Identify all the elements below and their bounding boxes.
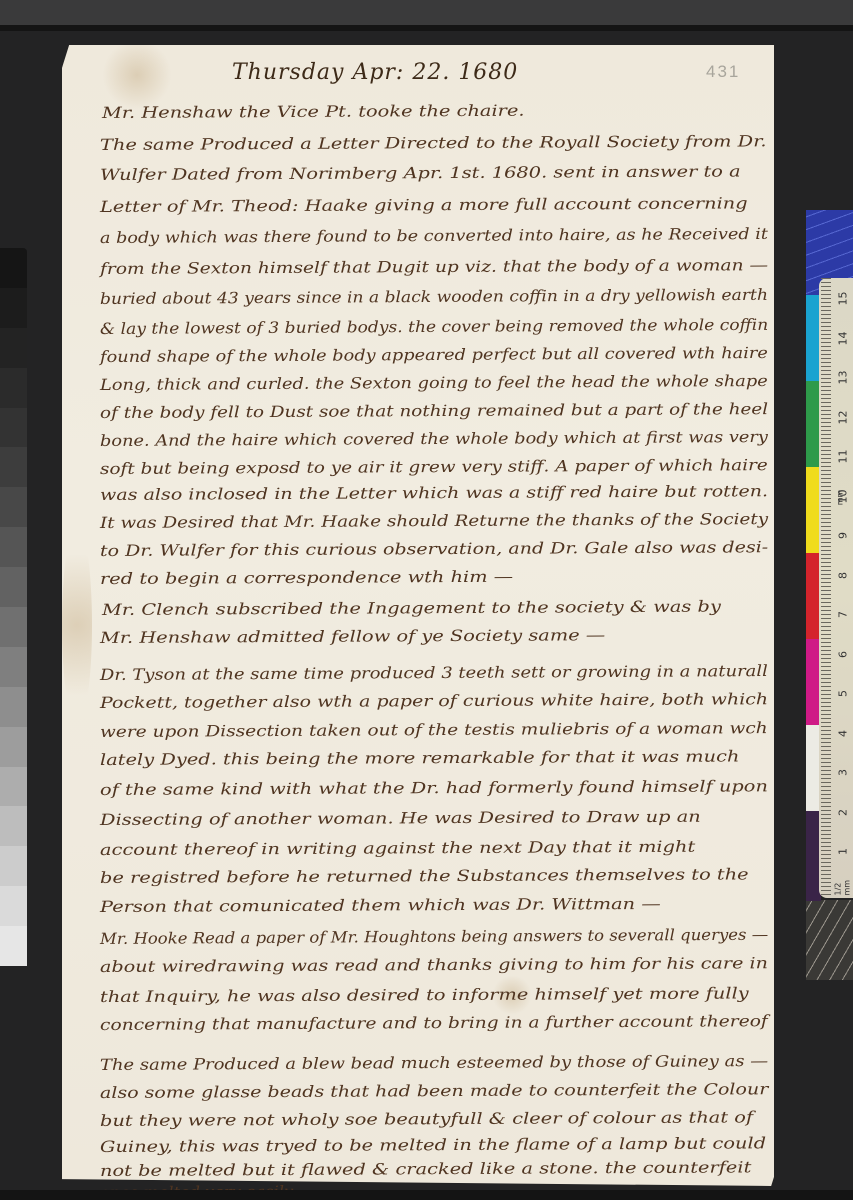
gray-step bbox=[0, 687, 27, 727]
gray-step bbox=[0, 328, 27, 368]
manuscript-line: Pockett, together also wth a paper of cu… bbox=[100, 690, 768, 712]
gray-step bbox=[0, 567, 27, 607]
gray-step bbox=[0, 727, 27, 767]
gray-step bbox=[0, 647, 27, 687]
measurement-ruler: 151413121110987654321mm1/2 mm bbox=[819, 278, 853, 898]
manuscript-line: Mr. Henshaw the Vice Pt. tooke the chair… bbox=[102, 102, 525, 122]
manuscript-line: that Inquiry, he was also desired to inf… bbox=[100, 984, 749, 1006]
manuscript-line: lately Dyed. this being the more remarka… bbox=[100, 747, 740, 769]
ruler-number: 9 bbox=[837, 526, 850, 546]
manuscript-line: account thereof in writing against the n… bbox=[100, 838, 695, 859]
ruler-number: 6 bbox=[837, 644, 850, 664]
manuscript-line: to Dr. Wulfer for this curious observati… bbox=[100, 538, 768, 560]
gray-step bbox=[0, 926, 27, 966]
gray-step bbox=[0, 248, 27, 288]
gray-step bbox=[0, 806, 27, 846]
ruler-number: 1 bbox=[837, 842, 850, 862]
ruler-number: 12 bbox=[837, 407, 850, 427]
mount-top-edge bbox=[0, 0, 853, 25]
ruler-ticks bbox=[821, 278, 831, 898]
ruler-number: 14 bbox=[837, 328, 850, 348]
manuscript-line: Guiney, this was tryed to be melted in t… bbox=[100, 1134, 766, 1156]
manuscript-line: Dissecting of another woman. He was Desi… bbox=[100, 808, 701, 829]
manuscript-line: also some glasse beads that had been mad… bbox=[100, 1080, 768, 1102]
gray-step bbox=[0, 447, 27, 487]
manuscript-line: about wiredrawing was read and thanks gi… bbox=[100, 954, 768, 976]
ruler-number: 7 bbox=[837, 605, 850, 625]
manuscript-line: Mr. Henshaw admitted fellow of ye Societ… bbox=[100, 626, 605, 647]
manuscript-line: but they were not wholy soe beautyfull &… bbox=[100, 1108, 753, 1130]
ruler-half-mm-label: 1/2 mm bbox=[834, 875, 852, 896]
gray-step bbox=[0, 607, 27, 647]
ruler-number: 8 bbox=[837, 565, 850, 585]
manuscript-line: Mr. Clench subscribed the Ingagement to … bbox=[102, 598, 721, 619]
gray-step bbox=[0, 288, 27, 328]
gray-step bbox=[0, 368, 27, 408]
manuscript-line: Person that comunicated them which was D… bbox=[100, 895, 661, 916]
manuscript-line: be registred before he returned the Subs… bbox=[100, 865, 749, 887]
gray-step bbox=[0, 527, 27, 567]
manuscript-line: of the same kind with what the Dr. had f… bbox=[100, 777, 768, 799]
stain bbox=[62, 525, 92, 725]
ruler-number: 4 bbox=[837, 723, 850, 743]
ruler-number: 3 bbox=[837, 763, 850, 783]
mount-bottom-edge bbox=[0, 1190, 853, 1200]
ruler-number: 5 bbox=[837, 684, 850, 704]
ruler-number: 2 bbox=[837, 802, 850, 822]
manuscript-line: red to begin a correspondence wth him — bbox=[100, 568, 513, 588]
gray-step bbox=[0, 767, 27, 807]
gray-step bbox=[0, 408, 27, 448]
manuscript-line: Wulfer Dated from Norimberg Apr. 1st. 16… bbox=[100, 162, 741, 184]
ruler-number: 11 bbox=[837, 447, 850, 467]
mount-top-shadow bbox=[0, 25, 853, 31]
calibration-gray-pattern bbox=[806, 900, 853, 980]
manuscript-line: not be melted but it flawed & cracked li… bbox=[100, 1158, 751, 1180]
entry-heading-date: Thursday Apr: 22. 1680 bbox=[232, 60, 518, 85]
ruler-number: 13 bbox=[837, 368, 850, 388]
ruler-unit-label: mm bbox=[835, 490, 844, 506]
manuscript-line: was also inclosed in the Letter which wa… bbox=[100, 482, 768, 504]
ruler-number: 15 bbox=[837, 289, 850, 309]
grayscale-step-wedge bbox=[0, 248, 27, 966]
manuscript-line: The same Produced a Letter Directed to t… bbox=[100, 132, 767, 154]
gray-step bbox=[0, 846, 27, 886]
gray-step bbox=[0, 886, 27, 926]
folio-number: 431 bbox=[706, 62, 740, 82]
manuscript-line: Letter of Mr. Theod: Haake giving a more… bbox=[100, 194, 748, 216]
gray-step bbox=[0, 487, 27, 527]
stain bbox=[102, 40, 172, 110]
